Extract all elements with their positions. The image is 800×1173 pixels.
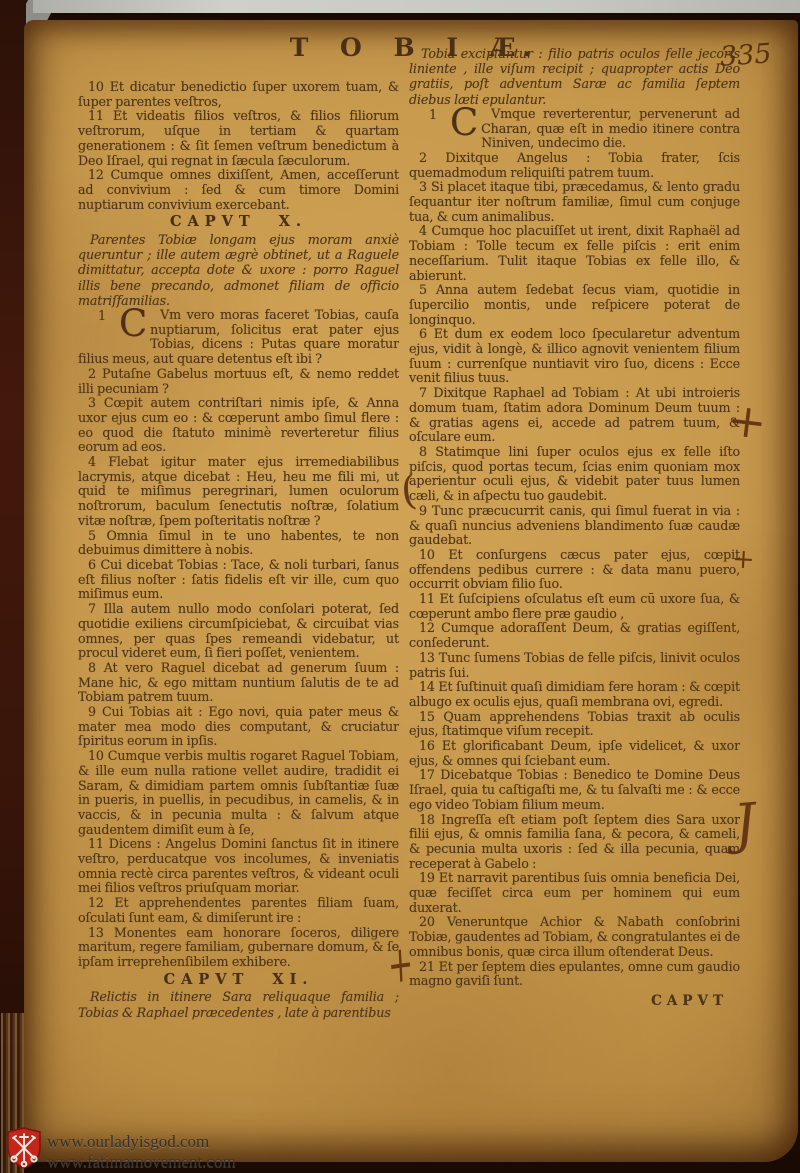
chapter11-heading: CAPVT XI.: [78, 973, 399, 988]
verse-paragraph: 8 Statimque lini ſuper oculos ejus ex fe…: [409, 445, 740, 504]
verse-paragraph: 3 Si placet itaque tibi, præcedamus, & l…: [409, 180, 740, 224]
verse-paragraph: 1CVmque reverterentur, pervenerunt ad Ch…: [409, 107, 740, 151]
chapter10-verses: 1CVm vero moras faceret Tobias, cauſa nu…: [78, 308, 399, 970]
verse-paragraph: 9 Cui Tobias ait : Ego novi, quia pater …: [78, 705, 399, 749]
verse-number: 21: [419, 959, 435, 974]
verse-number: 19: [419, 870, 435, 885]
verse-paragraph: 7 Dixitque Raphael ad Tobiam : At ubi in…: [409, 386, 740, 445]
verse-number: 1: [88, 309, 106, 324]
verse-number: 17: [419, 767, 435, 782]
verse-paragraph: 2 Putaſne Gabelus mortuus eſt, & nemo re…: [78, 367, 399, 396]
verse-paragraph: 3 Cœpit autem contriſtari nimis ipſe, & …: [78, 396, 399, 455]
verse-paragraph: 4 Flebat igitur mater ejus irremediabili…: [78, 455, 399, 529]
verse-number: 4: [419, 223, 427, 238]
verse-paragraph: 12 Cumque adoraſſent Deum, & gratias egi…: [409, 621, 740, 650]
verse-number: 11: [88, 836, 104, 851]
watermark-url-1: www.ourladyisgod.com: [47, 1132, 209, 1152]
verse-paragraph: 19 Et narravit parentibus ſuis omnia ben…: [409, 871, 740, 915]
scanned-book-photo: { "page": { "title": "T O B I Æ.", "page…: [0, 0, 800, 1173]
verse-paragraph: 7 Illa autem nullo modo conſolari potera…: [78, 602, 399, 661]
verse-number: 6: [419, 326, 427, 341]
verse-number: 11: [419, 591, 435, 606]
verse-number: 6: [88, 557, 96, 572]
verse-number: 12: [88, 167, 104, 182]
verse-number: 3: [419, 179, 427, 194]
verse-number: 16: [419, 738, 435, 753]
verse-number: 5: [419, 282, 427, 297]
chapter10-heading: CAPVT X.: [78, 215, 399, 230]
adjacent-page-edge: [33, 0, 800, 13]
verse-number: 12: [419, 620, 435, 635]
verse-paragraph: 14 Et ſuſtinuit quaſi dimidiam fere hora…: [409, 680, 740, 709]
verse-number: 12: [88, 895, 104, 910]
crossed-keys-crest-icon: [7, 1127, 41, 1169]
verse-paragraph: 4 Cumque hoc placuiſſet ut irent, dixit …: [409, 224, 740, 283]
verse-paragraph: 17 Dicebatque Tobias : Benedico te Domin…: [409, 768, 740, 812]
watermark-url-2: www.fatimamovement.com: [47, 1152, 236, 1172]
verse-paragraph: 8 At vero Raguel dicebat ad generum ſuum…: [78, 661, 399, 705]
verse-number: 3: [88, 395, 96, 410]
book-spine-edge: [0, 0, 26, 1173]
verse-number: 13: [419, 650, 435, 665]
verse-number: 4: [88, 454, 96, 469]
verse-number: 10: [88, 80, 104, 94]
verse-paragraph: 21 Et per ſeptem dies epulantes, omne cu…: [409, 960, 740, 989]
verse-number: 11: [88, 108, 104, 123]
verse-number: 9: [419, 503, 427, 518]
verse-number: 5: [88, 528, 96, 543]
drop-cap: C: [109, 308, 150, 338]
verse-paragraph: 11 Et videatis filios veſtros, & filios …: [78, 109, 399, 168]
book-page: T O B I Æ. 335 10 Et dicatur benedictio …: [24, 20, 798, 1162]
verse-number: 14: [419, 679, 435, 694]
verse-number: 13: [88, 925, 104, 940]
drop-cap: C: [440, 107, 481, 137]
chapter11-verses: 1CVmque reverterentur, pervenerunt ad Ch…: [409, 107, 740, 989]
verse-paragraph: 10 Cumque verbis multis rogaret Raguel T…: [78, 749, 399, 837]
verse-paragraph: 9 Tunc præcucurrit canis, qui ſimul fuer…: [409, 504, 740, 548]
verse-paragraph: 11 Et ſuſcipiens oſculatus eſt eum cū ux…: [409, 592, 740, 621]
verse-paragraph: 12 Cumque omnes dixiſſent, Amen, acceſſe…: [78, 168, 399, 212]
verse-number: 10: [88, 748, 104, 763]
verse-number: 18: [419, 812, 435, 827]
verse-paragraph: 20 Veneruntque Achior & Nabath conſobrin…: [409, 915, 740, 959]
verse-paragraph: 10 Et conſurgens cæcus pater ejus, cœpit…: [409, 548, 740, 592]
verse-number: 10: [419, 547, 435, 562]
verse-number: 1: [419, 108, 437, 123]
verse-number: 20: [419, 914, 435, 929]
verse-paragraph: 2 Dixitque Angelus : Tobia frater, ſcis …: [409, 151, 740, 180]
verse-number: 2: [419, 150, 427, 165]
left-text-column: 10 Et dicatur benedictio ſuper uxorem tu…: [78, 80, 399, 1140]
verse-paragraph: 15 Quam apprehendens Tobias traxit ab oc…: [409, 710, 740, 739]
catchword: CAPVT: [409, 994, 740, 1009]
right-text-column: Tobia excipiuntur : filio patris oculos …: [409, 46, 740, 1146]
verse-number: 8: [88, 660, 96, 675]
verse-paragraph: 13 Tunc ſumens Tobias de felle piſcis, l…: [409, 651, 740, 680]
verse-paragraph: 11 Dicens : Angelus Domini ſanctus ſit i…: [78, 837, 399, 896]
verse-paragraph: 5 Omnia ſimul in te uno habentes, te non…: [78, 529, 399, 558]
verse-paragraph: 6 Et dum ex eodem loco ſpecularetur adve…: [409, 327, 740, 386]
verse-paragraph: 16 Et glorificabant Deum, ipſe videlicet…: [409, 739, 740, 768]
verse-paragraph: 5 Anna autem ſedebat ſecus viam, quotidi…: [409, 283, 740, 327]
verse-number: 8: [419, 444, 427, 459]
verse-paragraph: 10 Et dicatur benedictio ſuper uxorem tu…: [78, 80, 399, 109]
verse-paragraph: 13 Monentes eam honorare ſoceros, dilige…: [78, 926, 399, 970]
chapter10-summary: Parentes Tobiæ longam ejus moram anxiè q…: [78, 232, 399, 308]
verse-number: 15: [419, 709, 435, 724]
verse-paragraph: 1CVm vero moras faceret Tobias, cauſa nu…: [78, 308, 399, 367]
verse-paragraph: 6 Cui dicebat Tobias : Tace, & noli turb…: [78, 558, 399, 602]
chapter11-summary-end: Tobia excipiuntur : filio patris oculos …: [409, 46, 740, 107]
verse-number: 2: [88, 366, 96, 381]
verse-number: 9: [88, 704, 96, 719]
verse-paragraph: 18 Ingreſſa eſt etiam poſt ſeptem dies S…: [409, 813, 740, 872]
chapter9-end-verses: 10 Et dicatur benedictio ſuper uxorem tu…: [78, 80, 399, 212]
verse-number: 7: [88, 601, 96, 616]
chapter11-summary-begin: Relictis in itinere Sara reliquaque fami…: [78, 989, 399, 1019]
verse-paragraph: 12 Et apprehendentes parentes filiam ſua…: [78, 896, 399, 925]
verse-number: 7: [419, 385, 427, 400]
